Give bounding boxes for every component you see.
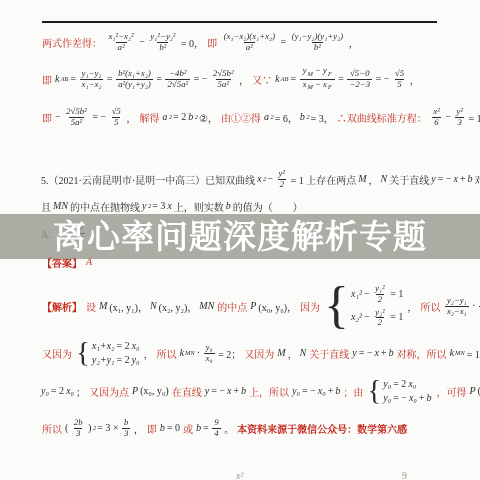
math-variable: b <box>468 174 473 185</box>
math-variable: a <box>264 112 269 123</box>
math-text: = − <box>438 174 452 185</box>
fraction-denominator: xM−xF <box>300 79 335 92</box>
math-text: − <box>315 65 321 75</box>
math-text: = − <box>376 74 390 85</box>
red-text: 所以 <box>157 346 177 361</box>
math-text: + <box>419 393 425 404</box>
fraction: (x₁−x₂)(x₁+x₂)a² <box>222 32 277 53</box>
superscript: 2 <box>270 114 273 121</box>
fraction-numerator: y₁²−y₂² <box>148 32 177 42</box>
fraction-denominator: 5 <box>112 117 120 128</box>
math-text: − <box>55 112 61 123</box>
math-text: 上，则实数 <box>174 199 224 214</box>
math-variable: x₁+x₂ <box>92 341 115 352</box>
math-variable: P <box>250 301 256 312</box>
fraction: y₂²2 <box>373 308 387 329</box>
math-text: ( <box>65 423 68 434</box>
formula-line-3: 即−2√5b²5a²= −√55，解得a2= 2b2②，由①②得a2= 6，b2… <box>40 102 480 132</box>
red-text: 解得 <box>139 110 159 125</box>
fraction-numerator: b <box>122 418 130 428</box>
brace-rows: x₁²−y₁²2= 1x₂²−y₂²2= 1 <box>350 284 404 328</box>
document-page: 两式作差得：x₁²−x₂²a²−y₁²−y₂²b²= 0，即(x₁−x₂)(x₁… <box>0 0 480 480</box>
fraction-denominator: −2−3 <box>347 79 372 90</box>
fraction-numerator: 9 <box>212 418 220 428</box>
fraction-numerator: x₁²−x₂² <box>107 32 136 42</box>
math-text: + <box>328 386 334 397</box>
math-variable: x <box>374 348 378 359</box>
subscript: AB <box>60 76 68 83</box>
math-text: ； <box>76 384 86 399</box>
math-text: 的中点在抛物线 <box>70 199 140 214</box>
math-text: ， <box>288 346 298 361</box>
math-variable: b <box>427 393 432 404</box>
math-text: (x₀, y₀)， <box>258 299 297 314</box>
red-text: 由①②得 <box>221 110 261 125</box>
red-text: 即 <box>42 110 52 125</box>
red-text: 在直线 <box>172 384 202 399</box>
brace-system: {x₁+x₂= 2x₀y₂+y₁= 2y₀ <box>76 341 141 366</box>
math-variable: x₀ <box>66 386 74 397</box>
red-text: 的中点 <box>217 299 247 314</box>
brace-system: {y₀= 2x₀y₀= −x₀+b <box>367 379 432 404</box>
math-variable: P <box>132 386 138 397</box>
math-text: ， <box>144 346 154 361</box>
math-text: − <box>364 312 370 323</box>
subscript: F <box>328 84 332 91</box>
math-text: − <box>445 112 451 123</box>
subscript: M <box>308 71 313 78</box>
red-text: 即 <box>42 72 52 87</box>
math-variable: k <box>180 348 184 359</box>
fraction: √5−0−2−3 <box>347 69 372 90</box>
math-text: = <box>107 74 113 85</box>
fraction-denominator: x₁−x₂ <box>80 79 104 90</box>
math-text: = − <box>211 386 225 397</box>
fraction-denominator: x₀ <box>204 353 215 364</box>
red-text: ，可得 <box>437 384 467 399</box>
math-variable: N <box>150 301 157 312</box>
math-variable: y <box>142 201 146 212</box>
brace-row: x₂²−y₂²2= 1 <box>350 308 404 329</box>
math-text: ， <box>369 172 379 187</box>
math-text: 对称， <box>475 172 480 187</box>
math-text: = − <box>302 386 316 397</box>
fraction-numerator: y₁² <box>373 284 387 294</box>
math-text: = 0， <box>181 35 204 50</box>
red-text: 设 <box>86 299 96 314</box>
math-variable: a <box>162 112 167 123</box>
math-text: ) <box>88 423 91 434</box>
math-variable: P <box>470 386 476 397</box>
math-text: + <box>460 174 466 185</box>
math-variable: y <box>431 174 435 185</box>
superscript: 2 <box>195 114 198 121</box>
math-text: = 1 <box>390 312 403 323</box>
subscript: F <box>328 71 332 78</box>
solution-line-2: 又因为{x₁+x₂= 2x₀y₂+y₁= 2y₀，所以kMN·y₀x₀= 2；又… <box>40 336 480 370</box>
fraction-denominator: 3 <box>74 428 82 439</box>
fraction: y₁−y₂x₁−x₂ <box>80 69 104 90</box>
math-variable: x <box>453 174 457 185</box>
fraction-denominator: 2 <box>278 179 286 190</box>
fraction-denominator: a² <box>116 42 127 53</box>
math-variable: k <box>55 74 59 85</box>
math-text: ②， <box>199 110 218 125</box>
red-text: 又∵ <box>252 72 272 87</box>
fraction: 94 <box>212 418 220 439</box>
math-variable: x <box>257 174 261 185</box>
math-variable: M <box>99 301 107 312</box>
math-variable: x <box>167 201 171 212</box>
red-text: 或 <box>183 421 193 436</box>
math-variable: y₀ <box>132 355 140 366</box>
math-variable: y <box>303 65 307 75</box>
fraction-numerator: √5−0 <box>348 69 372 79</box>
math-text: ， <box>407 299 417 314</box>
red-text: ∴双曲线标准方程： <box>337 110 427 125</box>
left-brace-glyph: { <box>324 284 349 328</box>
math-text: (x₂, y₂)， <box>159 299 198 314</box>
fraction: (y₁−y₂)(y₁+y₂)b² <box>290 32 345 53</box>
brace-row: y₀= −x₀+b <box>382 393 432 404</box>
math-text: = 6， <box>275 110 298 125</box>
math-text: = <box>203 423 209 434</box>
clipped-text-fragment-left: x² <box>236 471 243 480</box>
math-text: = − <box>194 74 208 85</box>
fraction: x²6 <box>431 107 442 128</box>
fraction-numerator: x² <box>431 107 442 117</box>
math-text: = 3 × <box>97 423 118 434</box>
formula-line-2: 即kAB=y₁−y₂x₁−x₂=b²(x₁+x₂)a²(y₁+y₂)=−4b²2… <box>40 62 421 96</box>
red-text: 又因为 <box>42 346 72 361</box>
red-text: 上，所以 <box>249 384 289 399</box>
fraction: √55 <box>110 107 123 128</box>
fraction: y₁²−y₂²b² <box>148 32 177 53</box>
math-variable: M <box>277 348 285 359</box>
math-text: = 1 <box>390 289 403 300</box>
subscript: MN <box>455 350 465 357</box>
math-variable: N <box>381 174 388 185</box>
math-text: (x₀, y₀) <box>140 386 169 397</box>
fraction-denominator: 3 <box>455 117 463 128</box>
fraction-numerator: 2b <box>72 418 85 428</box>
superscript: 2 <box>169 114 172 121</box>
superscript: 2 <box>306 114 309 121</box>
math-text: = <box>281 37 287 48</box>
math-variable: y <box>352 348 356 359</box>
fraction-numerator: √5 <box>110 107 123 117</box>
fraction: y₁²2 <box>373 284 387 305</box>
fraction-numerator: b²(x₁+x₂) <box>116 69 153 79</box>
red-text: 所以 <box>420 299 440 314</box>
left-brace-glyph: { <box>367 379 381 404</box>
fraction-denominator: a²(y₁+y₂) <box>116 79 153 90</box>
solution-line-4: 所以(2b3)2= 3 ×b3，即b= 0或b=94。本资料来源于微信公众号：数… <box>40 412 409 444</box>
math-variable: x <box>303 79 307 89</box>
fraction-denominator: 5 <box>395 79 403 90</box>
math-text: · <box>197 348 200 359</box>
fraction-numerator: y₂−y₁ <box>445 296 469 306</box>
math-text: 。 <box>224 421 234 436</box>
clipped-text-fragment-right: 9 <box>402 471 407 480</box>
fraction: √55 <box>393 69 406 90</box>
math-text: = 2 <box>393 379 406 390</box>
red-text: 又因为点 <box>89 384 129 399</box>
fraction: y₂−y₁x₂−x₁ <box>445 296 469 317</box>
brace-row: y₀= 2x₀ <box>382 379 432 390</box>
superscript: 2 <box>263 176 266 183</box>
red-text: 对称，所以 <box>397 346 447 361</box>
problem-statement-line-2: 且MN的中点在抛物线y2= 3x上，则实数b的值为（ ） <box>40 199 304 213</box>
fraction: yM−yFxM−xF <box>300 66 335 91</box>
math-text: = 1， <box>468 110 480 125</box>
math-text: = 2； <box>218 346 241 361</box>
math-text: − <box>364 289 370 300</box>
fraction-denominator: b² <box>312 42 323 53</box>
math-variable: M <box>358 174 366 185</box>
math-text: + <box>381 348 387 359</box>
fraction-denominator: 2 <box>376 317 384 328</box>
math-text: = <box>291 74 297 85</box>
red-bold-label: 【解析】 <box>42 299 82 314</box>
math-variable: b <box>300 112 305 123</box>
math-text: = <box>156 74 162 85</box>
math-text: = 3 <box>152 201 165 212</box>
top-rule-divider <box>42 21 437 23</box>
math-text: ， <box>134 421 144 436</box>
math-variable: x₀ <box>408 379 416 390</box>
math-variable: y <box>205 386 209 397</box>
solution-line-3: y₀= 2x₀；又因为点P(x₀, y₀)在直线y= −x+b上，所以y₀= −… <box>40 374 480 408</box>
math-text: ， <box>349 35 359 50</box>
fraction-numerator: −4b² <box>167 69 188 79</box>
fraction: x₁²−x₂²a² <box>107 32 136 53</box>
math-text: 5.（2021·云南昆明市·昆明一中高三）已知双曲线 <box>41 172 255 187</box>
math-variable: x₂² <box>351 312 362 323</box>
math-variable: x₁² <box>351 289 362 300</box>
fraction-numerator: (x₁−x₂)(x₁+x₂) <box>222 32 277 42</box>
math-text: = − <box>393 393 407 404</box>
fraction-numerator: 2√5b² <box>64 107 89 117</box>
math-variable: x₀ <box>132 341 140 352</box>
fraction-numerator: y² <box>454 107 465 117</box>
math-variable: y₀ <box>292 386 300 397</box>
math-text: ， <box>126 110 136 125</box>
math-variable: x₀ <box>409 393 417 404</box>
math-text: − <box>139 37 145 48</box>
formula-line-1: 两式作差得：x₁²−x₂²a²−y₁²−y₂²b²= 0，即(x₁−x₂)(x₁… <box>40 27 360 57</box>
math-text: 的值为（ ） <box>233 199 303 214</box>
math-text: ， <box>410 72 420 87</box>
fraction-denominator: b² <box>157 42 168 53</box>
math-text: = 2 <box>173 112 186 123</box>
math-text: = 1 上存在两点 <box>291 172 357 187</box>
brace-row: y₂+y₁= 2y₀ <box>91 355 141 366</box>
math-variable: MN <box>199 301 214 312</box>
math-variable: x₀ <box>318 386 326 397</box>
red-text: 即 <box>147 421 157 436</box>
superscript: 2 <box>148 203 151 210</box>
fraction: −4b²2√5a² <box>165 69 190 90</box>
math-variable: b <box>226 201 231 212</box>
math-variable: x <box>227 386 231 397</box>
fraction-denominator: a² <box>244 42 255 53</box>
math-variable: y₀ <box>383 393 391 404</box>
superscript: 2 <box>93 425 96 432</box>
math-text: = 2 <box>117 355 130 366</box>
fraction-numerator: y² <box>277 169 288 179</box>
left-brace-glyph: { <box>76 341 90 366</box>
fraction: y₀x₀ <box>204 343 215 364</box>
subscript: M <box>308 84 313 91</box>
math-variable: b <box>196 423 201 434</box>
brace-rows: x₁+x₂= 2x₀y₂+y₁= 2y₀ <box>91 341 141 366</box>
math-text: − <box>267 174 273 185</box>
math-variable: b <box>335 386 340 397</box>
fraction-numerator: yM−yF <box>300 66 335 78</box>
red-text: ；由 <box>343 384 363 399</box>
red-text: 因为 <box>300 299 320 314</box>
brace-row: x₁²−y₁²2= 1 <box>350 284 404 305</box>
math-variable: y <box>323 65 327 75</box>
math-text: · <box>472 301 475 312</box>
math-variable: x <box>323 79 327 89</box>
brace-rows: y₀= 2x₀y₀= −x₀+b <box>382 379 432 404</box>
math-text: = 1， <box>467 346 480 361</box>
fraction-denominator: 4 <box>212 428 220 439</box>
red-text: 即 <box>207 35 217 50</box>
fraction-denominator: 2 <box>376 294 384 305</box>
math-variable: y₀ <box>41 386 49 397</box>
math-variable: y₀ <box>383 379 391 390</box>
math-variable: MN <box>53 201 68 212</box>
math-variable: b <box>389 348 394 359</box>
fraction-denominator: 6 <box>432 117 440 128</box>
red-text: 又因为 <box>244 346 274 361</box>
red-text: 所以 <box>42 421 62 436</box>
fraction: b²(x₁+x₂)a²(y₁+y₂) <box>116 69 153 90</box>
banner-title: 离心率问题深度解析专题 <box>53 214 427 259</box>
fraction-denominator: 3 <box>122 428 130 439</box>
brace-system: {x₁²−y₁²2= 1x₂²−y₂²2= 1 <box>324 284 404 328</box>
math-variable: N <box>300 348 307 359</box>
math-variable: b <box>188 112 193 123</box>
fraction: y²3 <box>454 107 465 128</box>
math-text: 关于直线 <box>389 172 429 187</box>
fraction: b3 <box>122 418 130 439</box>
math-text: = <box>70 74 76 85</box>
fraction-denominator: x₂−x₁ <box>445 306 469 317</box>
math-variable: b <box>160 423 165 434</box>
red-text: 两式作差得： <box>42 35 102 50</box>
brace-row: x₁+x₂= 2x₀ <box>91 341 141 352</box>
fraction: 2b3 <box>72 418 85 439</box>
math-text: = 0 <box>167 423 180 434</box>
fraction-denominator: 5a² <box>69 117 84 128</box>
solution-line-1: 【解析】设M(x₁, y₁)，N(x₂, y₂)，MN的中点P(x₀, y₀)，… <box>40 280 480 332</box>
fraction-numerator: y₁−y₂ <box>80 69 104 79</box>
fraction-numerator: √5 <box>393 69 406 79</box>
red-bold-label: 本资料来源于微信公众号：数学第六感 <box>237 421 407 436</box>
math-text: = <box>338 74 344 85</box>
math-text: = 2 <box>51 386 64 397</box>
fraction-denominator: 5a² <box>216 79 231 90</box>
math-text: + <box>233 386 239 397</box>
subscript: MN <box>185 350 195 357</box>
math-text: − <box>315 79 321 89</box>
fraction-numerator: (y₁−y₂)(y₁+y₂) <box>290 32 345 42</box>
math-text: 且 <box>41 199 51 214</box>
subscript: AB <box>281 76 289 83</box>
math-text: = 2 <box>117 341 130 352</box>
math-variable: k <box>275 74 279 85</box>
problem-statement-line-1: 5.（2021·云南昆明市·昆明一中高三）已知双曲线x2−y²2= 1 上存在两… <box>40 162 480 196</box>
fraction-numerator: y₀ <box>204 343 215 353</box>
watermark-banner: 离心率问题深度解析专题 <box>0 214 480 259</box>
math-text: = − <box>359 348 373 359</box>
fraction-numerator: 2√5b² <box>211 69 236 79</box>
math-text: (x₁, y₁)， <box>109 299 148 314</box>
fraction: y²2 <box>277 169 288 190</box>
math-variable: b <box>241 386 246 397</box>
fraction-numerator: y₂² <box>373 308 387 318</box>
fraction-denominator: 2√5a² <box>165 79 190 90</box>
fraction: 2√5b²5a² <box>211 69 236 90</box>
math-text: ， <box>239 72 249 87</box>
red-text: 关于直线 <box>309 346 349 361</box>
math-variable: k <box>450 348 454 359</box>
math-text: = 3， <box>311 110 334 125</box>
math-variable: y₂+y₁ <box>92 355 115 366</box>
math-text: = − <box>92 112 106 123</box>
fraction: 2√5b²5a² <box>64 107 89 128</box>
